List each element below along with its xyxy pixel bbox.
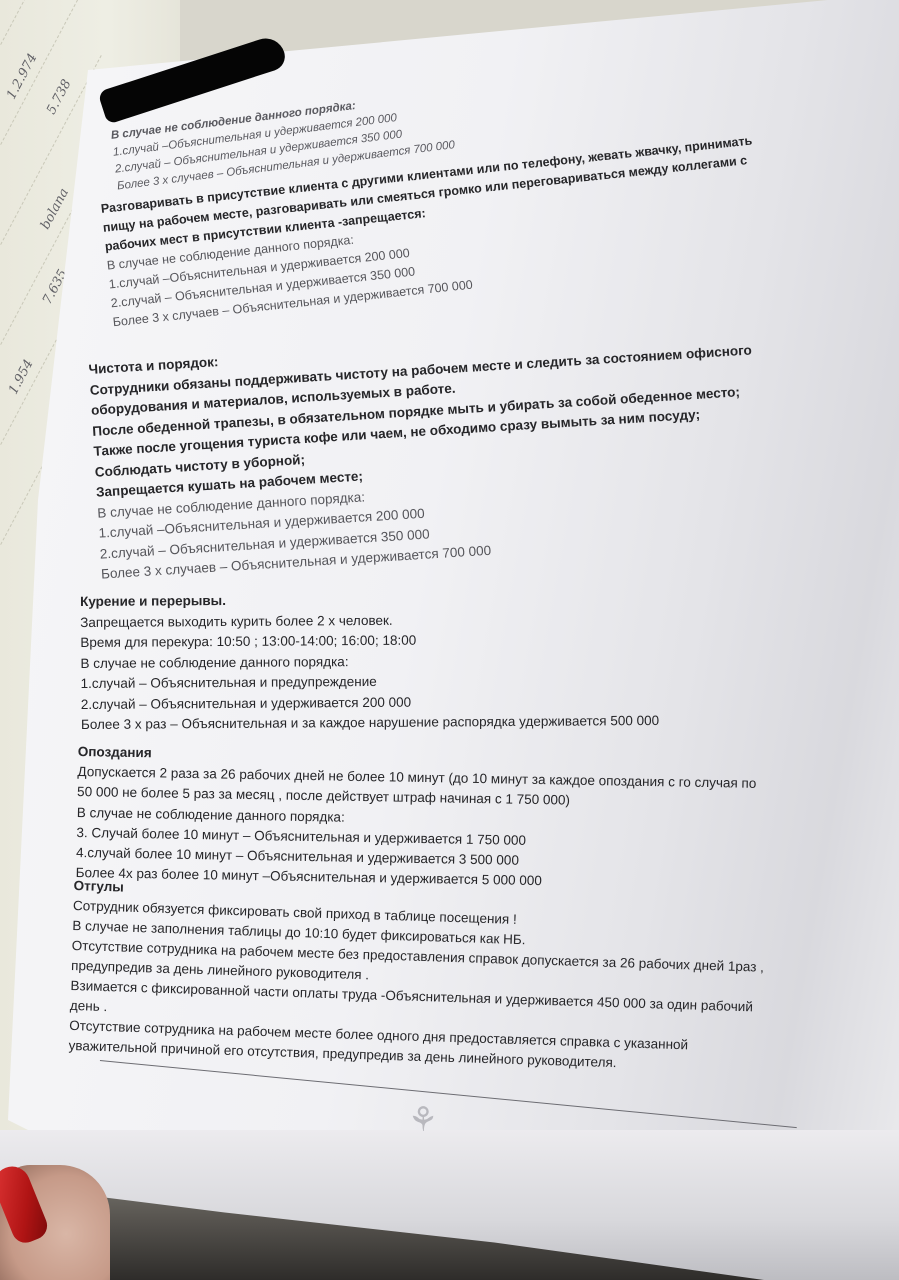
- company-logo-icon: ⚘: [398, 1100, 448, 1140]
- section-smoking-breaks: Курение и перерывы. Запрещается выходить…: [80, 588, 659, 736]
- notebook-scribble: 1.954: [6, 357, 37, 397]
- notebook-scribble: bolana: [38, 186, 72, 232]
- section-cleanliness: Чистота и порядок: Сотрудники обязаны по…: [88, 320, 764, 586]
- penalty-line: Более 3 х раз – Объяснительная и за кажд…: [81, 711, 659, 736]
- section-absences: Отгулы Сотрудник обязуется фиксировать с…: [68, 876, 766, 1078]
- section-lateness: Опоздания Допускается 2 раза за 26 рабоч…: [76, 742, 757, 895]
